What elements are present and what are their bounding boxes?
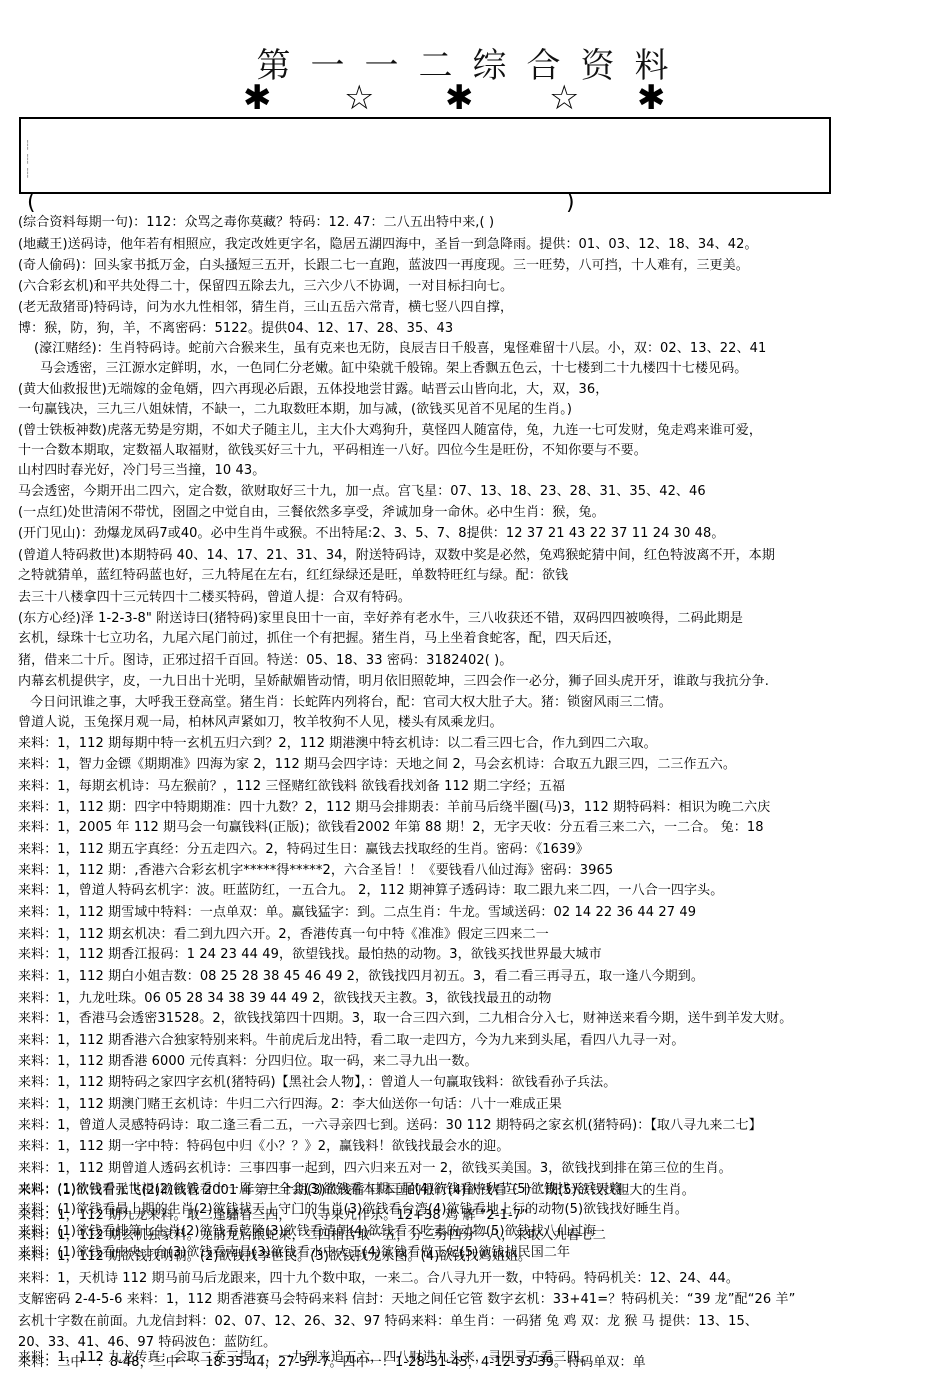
footer-text-line: 来料：二中一：8-48，三中一：18-35-44，27-37-7。四中一：1-2…	[18, 1354, 646, 1372]
text-line: 来料：1，112 期玄机决：看二到九四六开。2，香港传真一句中特《准准》假定三四…	[18, 926, 549, 944]
text-line: 来料：1，香港马会透密31528。2，欲钱找第四十四期。3，取一合三四六到，二九…	[18, 1010, 792, 1028]
text-line: 来料：1，112 期特码之家四字玄机(猪特码)【黑社会人物】，：曾道人一句赢取钱…	[18, 1074, 616, 1092]
text-line: 一句赢钱决，三九三八姐妹情，不缺一，二九取数旺本期，加与减，(欲钱买见首不见尾的…	[18, 401, 572, 419]
text-line: 玄机，绿珠十七立功名，九尾六尾门前过，抓住一个有把握。猪生肖，马上坐着食蛇客，配…	[18, 630, 621, 648]
text-line: (东方心经)泽 1-2-3-8" 附送诗曰(猪特码)家里良田十一亩，幸好养有老水…	[18, 610, 743, 628]
text-line: 猪，借来二十斤。图诗，正邪过招千百回。特送：05、18、33 密码：318240…	[18, 652, 512, 670]
text-line: 马会透密，三江源水定鲜明，水，一色同仁分老嫩。缸中染就千般锦。架上香飘五色云，十…	[40, 360, 747, 378]
text-line: (黄大仙救报世)无端嫁的金龟婿，四六再现必后跟，五体投地尝甘露。岵晋云山皆向北，…	[18, 381, 608, 399]
text-line: (六合彩玄机)和平共处得二十，保留四五除去九，三六少八不协调，一对目标扫向七。	[18, 278, 513, 296]
footer-text-line: 来料：1，天机诗 112 期马前马后龙跟来，四十九个数中取，一来二。合八寻九开一…	[18, 1270, 739, 1288]
text-line: 来料：1，112 期九龙来料。取二逢驌看三四，一八寻来九作乐。12+38 鸡 解…	[18, 1207, 528, 1225]
close-paren: )	[566, 190, 575, 215]
text-line: 之特就猜单，蓝红特码蓝也好，三九特尾在左右，红红绿绿还是旺，单数特旺红与绿。配：…	[18, 567, 568, 585]
asterisk-star-icon: ✱	[637, 78, 666, 118]
text-line: 去三十八楼拿四十三元转四十二楼买特码，曾道人提：合双有特码。	[18, 589, 411, 607]
text-line: (开门见山)：劲爆龙凤码7或40。必中生肖牛或猴。不出特尾:2、3、5、7、8提…	[18, 525, 725, 543]
text-line: 来料：1，112 期玄机独家料。龙前龙后跟蛇来，二四相合取一五，分三分四分一八，…	[18, 1227, 606, 1245]
text-line: 来料：(1)欲钱看张飞(2)欲钱看 2001 年第二十期(3)欲钱看 日本国的银…	[18, 1182, 695, 1200]
text-line: 来料：1，112 期雪域中特料：一点单双：单。赢钱猛字：到。二点生肖：牛龙。雪域…	[18, 904, 696, 922]
footer-text-line: 玄机十字数在前面。九龙信封料：02、07、12、26、32、97 特码来料：单生…	[18, 1313, 758, 1331]
text-line: (濠江赌经)：生肖特码诗。蛇前六合猴来生，虽有克来也无防，良辰吉日千般喜，鬼怪难…	[34, 340, 766, 358]
text-line: 来料：1，112 期香江报码：1 24 23 44 49，欲望钱找。最怕热的动物…	[18, 946, 602, 964]
text-line: 来料：1，智力金镖《期期准》四海为家 2，112 期马会四字诗：天地之间 2，马…	[18, 756, 736, 774]
text-line: 马会透密，今期开出二四六，定合数，欲财取好三十九，加一点。宫飞星：07、13、1…	[18, 483, 706, 501]
text-line: 博：猴，防，狗，羊，不离密码：5122。提供04、12、17、28、35、43	[18, 320, 453, 338]
text-line: 来料：1，112 期白小姐吉数：08 25 28 38 45 46 49 2，欲…	[18, 968, 704, 986]
text-line: 来料：1，112 期五字真经：分五走四六。2，特码过生日：赢钱去找取经的生肖。密…	[18, 841, 589, 859]
text-line: 今日问讯谁之事，大呼我王登高堂。猪生肖：长蛇阵内列将台，配：官司大权大肚子大。猪…	[30, 694, 672, 712]
text-line: 来料：1，112 期澳门赌王玄机诗：牛归二六行四海。2：李大仙送你一句话：八十一…	[18, 1096, 562, 1114]
open-paren: (	[27, 190, 36, 215]
text-line: (地藏王)送码诗，他年若有相照应，我定改姓更字名，隐居五湖四海中，圣旨一到急降雨…	[18, 236, 758, 254]
text-line: 来料：1，112 期欲钱找明朝。(2)欲钱找李世民。(3)欲钱找龙永图。(4)欲…	[18, 1248, 531, 1266]
banner-box: ┆┆┆	[19, 117, 831, 194]
text-line: 来料：1，112 期香港 6000 元传真料：分四归位。取一码，来二寻九出一数。	[18, 1053, 478, 1071]
text-line: 来料：1，每期玄机诗：马左猴前？，112 三怪赌红欲钱料 欲钱看找刘备 112 …	[18, 778, 565, 796]
text-line: (老无敌猪哥)特码诗，问为水九性相邻，猜生肖，三山五岳六常青，横七竖八四自撑，	[18, 299, 513, 317]
text-line: 山村四时春光好，冷门号三当撞，10 43。	[18, 462, 265, 480]
text-line: 来料：1，112 期香港六合独家特别来料。牛前虎后龙出特，看二取一走四方，今为九…	[18, 1032, 685, 1050]
asterisk-star-icon: ✱	[445, 78, 474, 118]
outline-star-icon: ☆	[549, 78, 579, 118]
text-line: 来料：1，112 期曾道人透码玄机诗：三事四事一起到，四六归来五对一 2，欲钱买…	[18, 1160, 732, 1178]
asterisk-star-icon: ✱	[243, 78, 272, 118]
text-line: 来料：1，112 期：,香港六合彩玄机字*****得*****2，六合圣旨！！《…	[18, 862, 613, 880]
text-line: 来料：1，曾道人灵感特码诗：取二逢三看二五，一六寻亲四七到。送码：30 112 …	[18, 1117, 762, 1135]
text-line: 来料：1，112 期一字中特：特码包中归《小？？》2，赢钱料！欲钱找最会水的迎。	[18, 1138, 510, 1156]
text-line: (一点红)处世清闲不带忧，囹圄之中觉自由，三餐依然多享受，斧诚加身一命休。必中生…	[18, 504, 605, 522]
banner-left-marks: ┆┆┆	[25, 139, 30, 181]
text-line: 来料：1，曾道人特码玄机字：波。旺蓝防红，一五合九。 2，112 期神算子透码诗…	[18, 882, 723, 900]
footer-text-line: 20、33、41、46、97 特码波色：蓝防红。	[18, 1334, 276, 1352]
text-line: 曾道人说，玉兔探月观一局，柏林风声紧如刀，牧羊牧狗不人见，楼头有凤乘龙归。	[18, 714, 503, 732]
text-line: (曾道人特码救世)本期特码 40、14、17、21、31、34，附送特码诗，双数…	[18, 547, 775, 565]
text-line: 来料：1，112 期：四字中特期期准：四十九数？2，112 期马会排期表：羊前马…	[18, 799, 770, 817]
outline-star-icon: ☆	[344, 78, 374, 118]
text-line: 十一合数本期取，定数福人取福财，欲钱买好三十九，平码相连一八好。四位今生是旺份，…	[18, 442, 647, 460]
footer-text-line: 支解密码 2-4-5-6 来料：1，112 期香港赛马会特码来料 信封：天地之间…	[18, 1291, 795, 1309]
text-line: (曾士铁板神数)虎落无势是穷期，不如犬子随主儿，主大仆大鸡狗升，莫怪四人随富侍，…	[18, 422, 762, 440]
text-line: (奇人偷码)：回头家书抵万金，白头搔短三五开，长跟二七一直跑，蓝波四一再度现。三…	[18, 257, 749, 275]
text-line: 来料：1，2005 年 112 期马会一句赢钱料(正版)；欲钱看2002 年第 …	[18, 819, 764, 837]
text-line: (综合资料每期一句)：112：众骂之毒你莫藏？特码：12. 47：二八五出特中来…	[18, 214, 494, 232]
text-line: 来料：1，112 期每期中特一玄机五归六到？2，112 期港澳中特玄机诗：以二看…	[18, 735, 657, 753]
text-line: 来料：1，九龙吐珠。06 05 28 34 38 39 44 49 2，欲钱找天…	[18, 990, 552, 1008]
text-line: 内幕玄机提供字，皮，一九日出十光明，呈娇献媚皆动情，明月依旧照乾坤，三四会作一必…	[18, 673, 769, 691]
star-decoration-row: ✱ ☆ ✱ ☆ ✱	[0, 78, 945, 118]
